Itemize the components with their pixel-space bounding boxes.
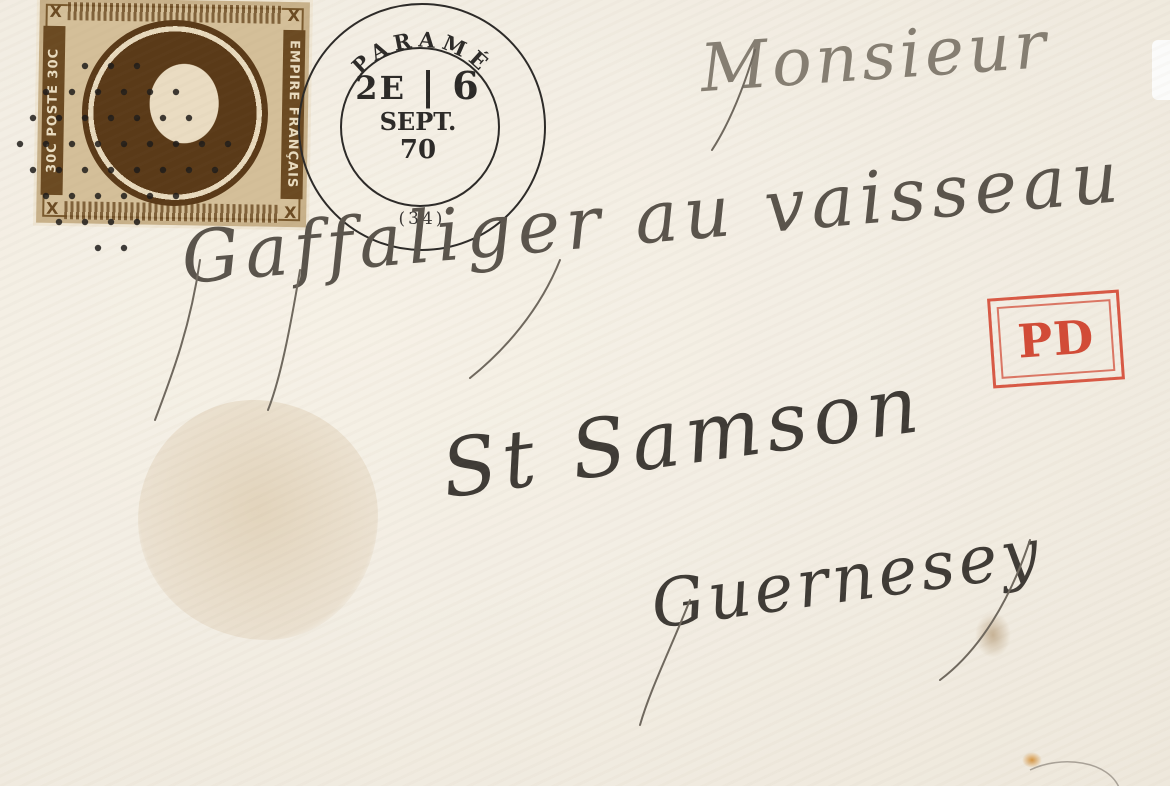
- envelope: X X X X 30C POSTE 30C EMPIRE FRANÇAIS PA…: [0, 0, 1170, 790]
- scan-margin: [0, 786, 1170, 800]
- pen-flourishes: [0, 0, 1170, 790]
